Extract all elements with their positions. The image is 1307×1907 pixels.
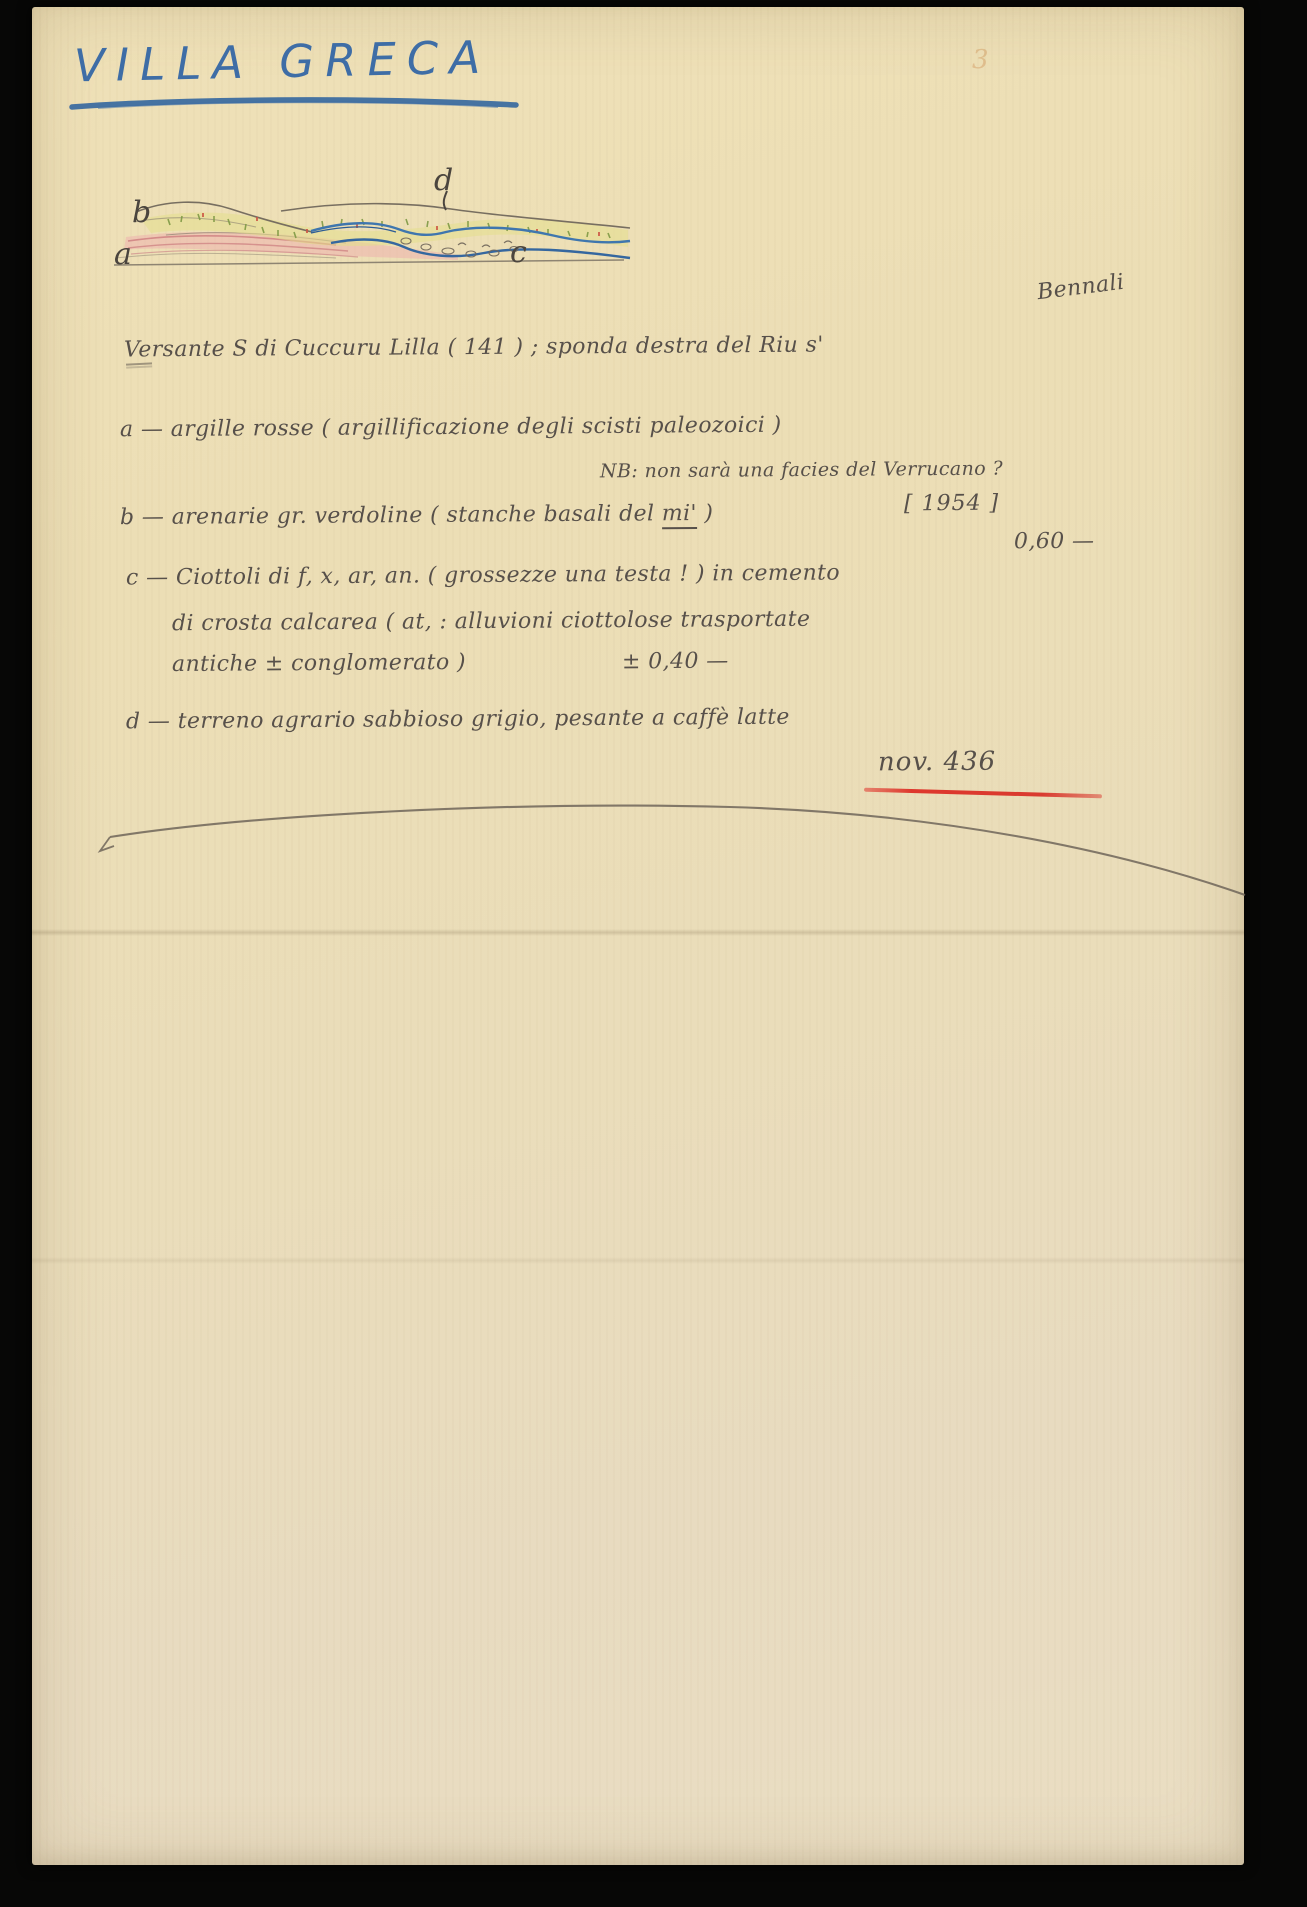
layer-b-text: b — arenarie gr. verdoline ( stanche bas… [120, 501, 662, 530]
sketch-label-c: c [510, 235, 527, 270]
pencil-sweep-curve [90, 793, 1260, 913]
layer-d-description: d — terreno agrario sabbioso grigio, pes… [126, 705, 790, 735]
layer-a-description: a — argille rosse ( argillificazione deg… [120, 413, 782, 443]
fold-crease [32, 929, 1244, 936]
sketch-drawing [106, 169, 646, 281]
caption-tail: Bennali [1036, 270, 1126, 305]
title-underline-stroke [68, 95, 523, 113]
caption-emphasis-dash [126, 362, 152, 365]
layer-b-thickness: 0,60 — [1014, 529, 1095, 555]
layer-b-description: b — arenarie gr. verdoline ( stanche bas… [120, 501, 714, 530]
sketch-label-d: d [434, 163, 453, 198]
layer-b-close-paren: ) [697, 501, 714, 526]
caption-line: Versante S di Cuccuru Lilla ( 141 ) ; sp… [124, 333, 824, 363]
layer-c-thickness: ± 0,40 — [622, 649, 729, 675]
scanned-notebook-page: VILLA GRECA 3 [0, 0, 1307, 1907]
sketch-label-a: a [114, 237, 132, 272]
cross-section-sketch: b a d c [106, 169, 646, 281]
nb-note: NB: non sarà una facies del Verrucano ? [600, 458, 1003, 483]
layer-c-description-line3: antiche ± conglomerato ) [172, 650, 466, 677]
inventory-number: nov. 436 [878, 747, 996, 778]
paper-sheet: VILLA GRECA 3 [32, 7, 1244, 1865]
fold-crease-faint [32, 1257, 1244, 1264]
sketch-label-b: b [132, 195, 151, 230]
layer-b-underlined-term: mi' [662, 501, 697, 529]
layer-c-description-line2: di crosta calcarea ( at, : alluvioni cio… [172, 607, 810, 636]
year-annotation: [ 1954 ] [904, 491, 999, 517]
page-number: 3 [972, 45, 989, 75]
page-title: VILLA GRECA [73, 31, 491, 93]
layer-c-description-line1: c — Ciottoli di f, x, ar, an. ( grossezz… [126, 561, 840, 591]
